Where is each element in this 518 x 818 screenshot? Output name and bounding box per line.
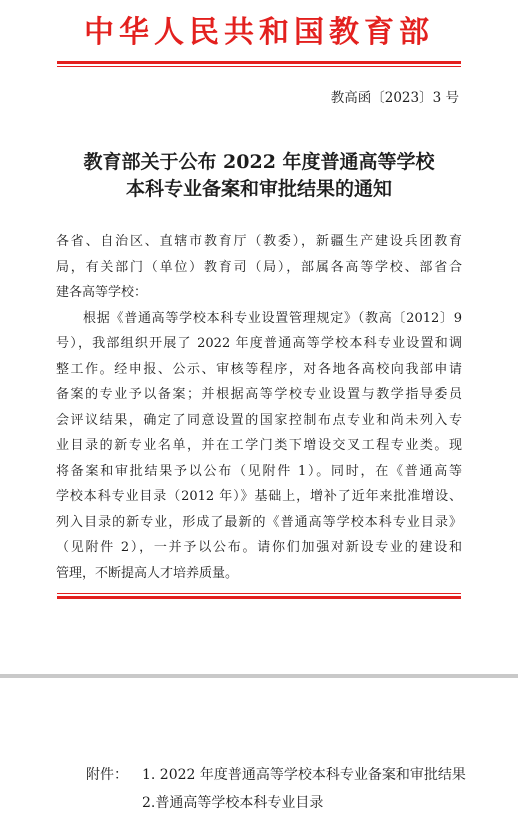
agency-letterhead: 中华人民共和国教育部 [0, 0, 518, 53]
body-line: 号），我部组织开展了 2022 年度普通高等学校本科专业设置和调 [56, 331, 462, 357]
document-number: 教高函〔2023〕3 号 [57, 89, 461, 107]
footer-red-rule [57, 593, 461, 599]
body-line: 会评议结果，确定了同意设置的国家控制布点专业和尚未列入专 [56, 408, 462, 434]
attachments-label: 附件： [86, 762, 128, 790]
attachment-item: 2.普通高等学校本科专业目录 [142, 790, 466, 818]
attachment-item: 1. 2022 年度普通高等学校本科专业备案和审批结果 [142, 762, 466, 790]
letter-body: 各省、自治区、直辖市教育厅（教委），新疆生产建设兵团教育 局，有关部门（单位）教… [56, 229, 462, 586]
body-line: 业目录的新专业名单，并在工学门类下增设交叉工程专业类。现 [56, 433, 462, 459]
body-line: （见附件 2），一并予以公布。请你们加强对新设专业的建设和 [56, 535, 462, 561]
title-line-2: 本科专业备案和审批结果的通知 [0, 176, 518, 203]
body-line: 备案的专业予以备案；并根据高等学校专业设置与教学指导委员 [56, 382, 462, 408]
salutation-line: 建各高等学校： [56, 280, 462, 306]
body-line: 学校本科专业目录（2012 年）》基础上，增补了近年来批准增设、 [56, 484, 462, 510]
attachments-list: 1. 2022 年度普通高等学校本科专业备案和审批结果 2.普通高等学校本科专业… [142, 762, 466, 817]
body-line: 将备案和审批结果予以公布（见附件 1）。同时，在《普通高等 [56, 459, 462, 485]
letterhead-red-rule [57, 61, 461, 67]
salutation-line: 各省、自治区、直辖市教育厅（教委），新疆生产建设兵团教育 [56, 229, 462, 255]
body-line: 根据《普通高等学校本科专业设置管理规定》（教高〔2012〕9 [56, 306, 462, 332]
document-page: 中华人民共和国教育部 教高函〔2023〕3 号 教育部关于公布 2022 年度普… [0, 0, 518, 818]
title-line-1: 教育部关于公布 2022 年度普通高等学校 [0, 149, 518, 176]
rule-thick-bar [57, 596, 461, 599]
body-line: 管理，不断提高人才培养质量。 [56, 561, 462, 587]
salutation-line: 局，有关部门（单位）教育司（局），部属各高等学校、部省合 [56, 255, 462, 281]
document-title: 教育部关于公布 2022 年度普通高等学校 本科专业备案和审批结果的通知 [0, 149, 518, 203]
rule-thin-bar [57, 66, 461, 67]
body-line: 整工作。经申报、公示、审核等程序，对各地各高校向我部申请 [56, 357, 462, 383]
page-break-separator [0, 674, 518, 678]
body-line: 列入目录的新专业，形成了最新的《普通高等学校本科专业目录》 [56, 510, 462, 536]
attachments-block: 附件： 1. 2022 年度普通高等学校本科专业备案和审批结果 2.普通高等学校… [57, 762, 461, 817]
